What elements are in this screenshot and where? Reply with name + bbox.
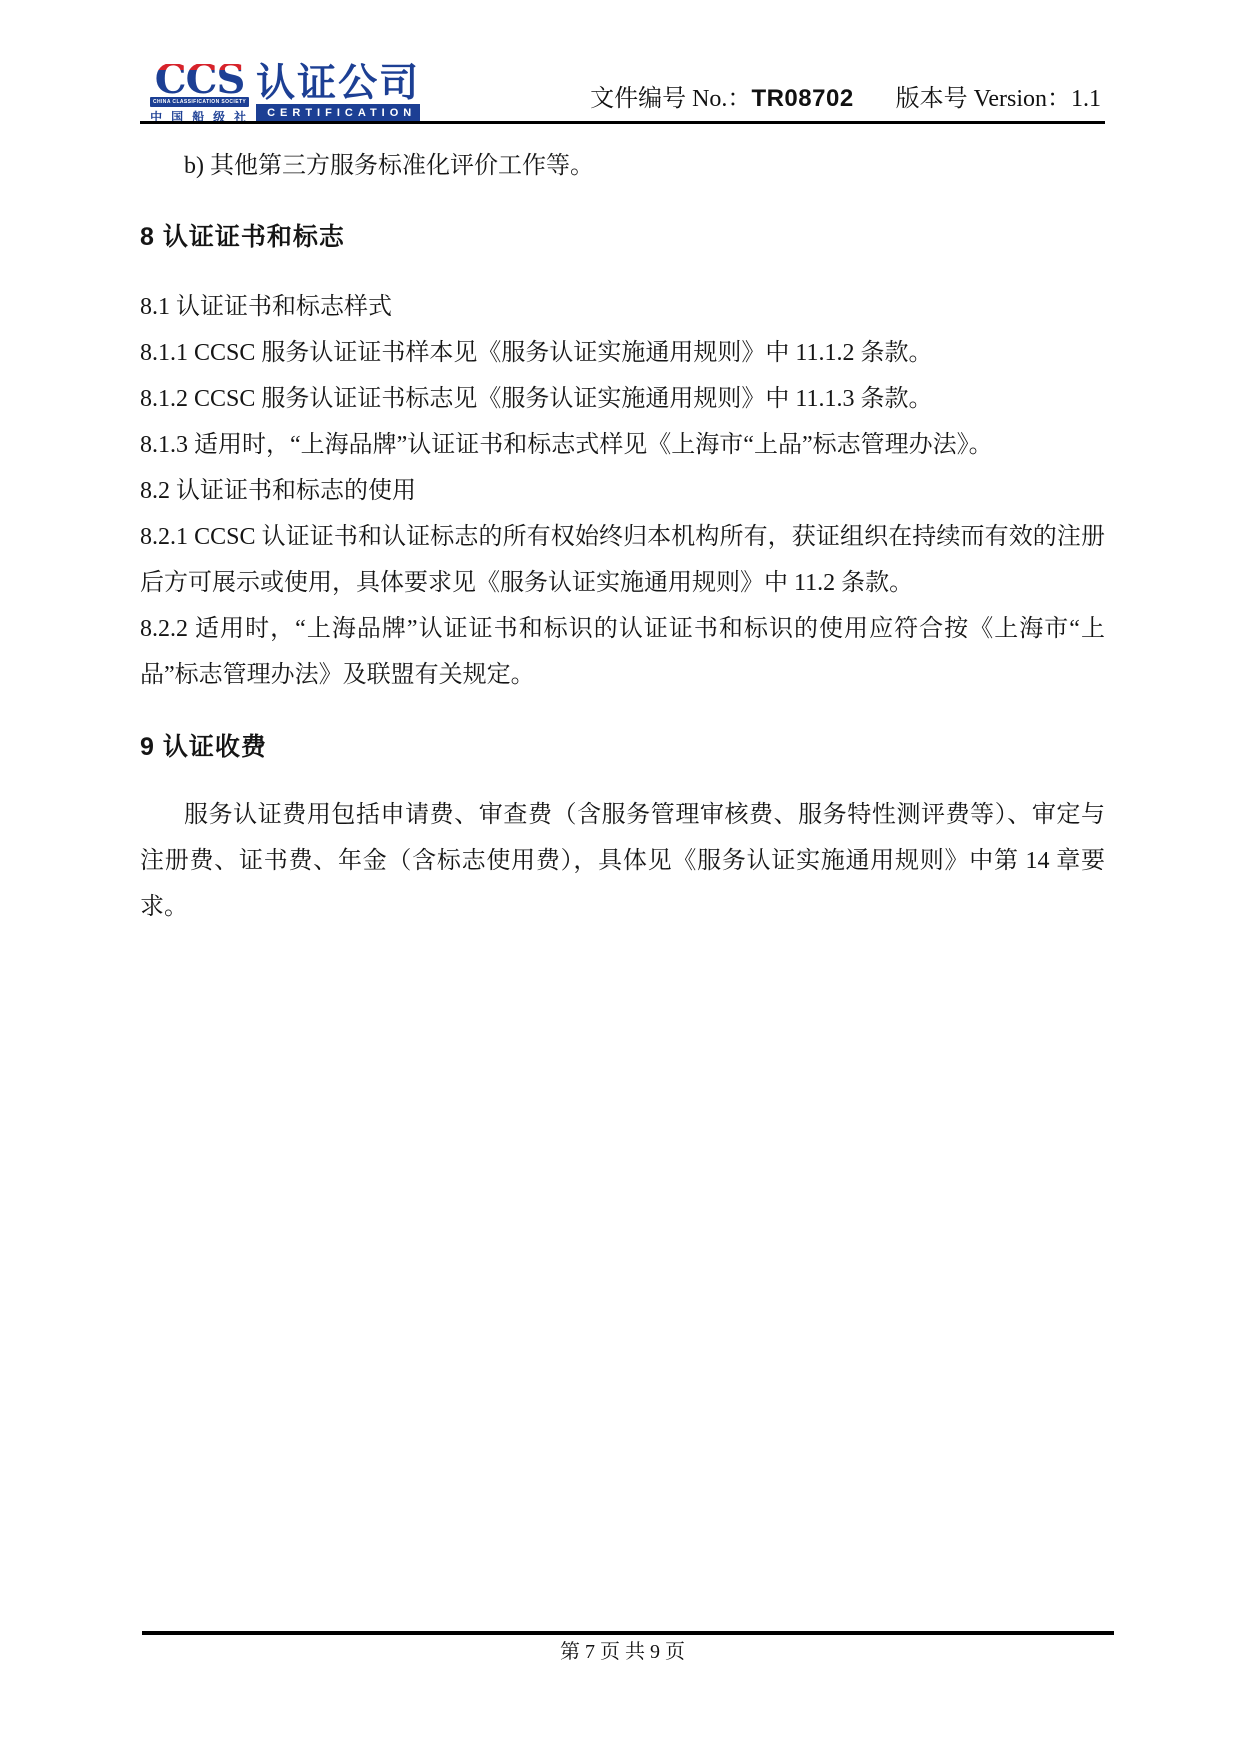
footer-divider-rule [142, 1631, 1114, 1635]
document-body: b) 其他第三方服务标准化评价工作等。 8 认证证书和标志 8.1 认证证书和标… [140, 143, 1105, 930]
section-9-heading: 9 认证收费 [140, 724, 1105, 770]
ccs-logo-left: CCS CHINA CLASSIFICATION SOCIETY 中 国 船 级… [150, 64, 249, 125]
document-meta: 文件编号 No.：TR08702版本号 Version：1.1 [590, 84, 1101, 114]
logo-certification-bar: CERTIFICATION [256, 104, 420, 122]
ccs-logo-right: 认证公司 CERTIFICATION [256, 67, 420, 122]
document-page: CCS CHINA CLASSIFICATION SOCIETY 中 国 船 级… [0, 0, 1233, 1743]
section-8-heading: 8 认证证书和标志 [140, 214, 1105, 260]
ccs-logo-society-en-bar: CHINA CLASSIFICATION SOCIETY [150, 97, 249, 107]
clause-8-1-1: 8.1.1 CCSC 服务认证证书样本见《服务认证实施通用规则》中 11.1.2… [140, 330, 1105, 376]
doc-number-value: TR08702 [751, 85, 853, 112]
page-number: 第 7 页 共 9 页 [140, 1638, 1105, 1666]
clause-8-2-2: 8.2.2 适用时，“上海品牌”认证证书和标识的认证证书和标识的使用应符合按《上… [140, 606, 1105, 698]
clause-8-2-1: 8.2.1 CCSC 认证证书和认证标志的所有权始终归本机构所有，获证组织在持续… [140, 514, 1105, 606]
version-label: 版本号 Version： [896, 86, 1071, 112]
version-value: 1.1 [1071, 86, 1101, 112]
clause-8-1: 8.1 认证证书和标志样式 [140, 284, 1105, 330]
logo-company-name-cn: 认证公司 [256, 67, 420, 101]
doc-number-label: 文件编号 No.： [590, 86, 751, 112]
clause-8-1-3: 8.1.3 适用时，“上海品牌”认证证书和标志式样见《上海市“上品”标志管理办法… [140, 422, 1105, 468]
list-item-b: b) 其他第三方服务标准化评价工作等。 [140, 143, 1105, 189]
ccs-logo-acronym: CCS [155, 64, 245, 95]
ccs-logo: CCS CHINA CLASSIFICATION SOCIETY 中 国 船 级… [150, 64, 420, 125]
section-9-paragraph: 服务认证费用包括申请费、审查费（含服务管理审核费、服务特性测评费等）、审定与注册… [140, 792, 1105, 930]
clause-8-1-2: 8.1.2 CCSC 服务认证证书标志见《服务认证实施通用规则》中 11.1.3… [140, 376, 1105, 422]
header-divider-rule [140, 121, 1105, 124]
clause-8-2: 8.2 认证证书和标志的使用 [140, 468, 1105, 514]
